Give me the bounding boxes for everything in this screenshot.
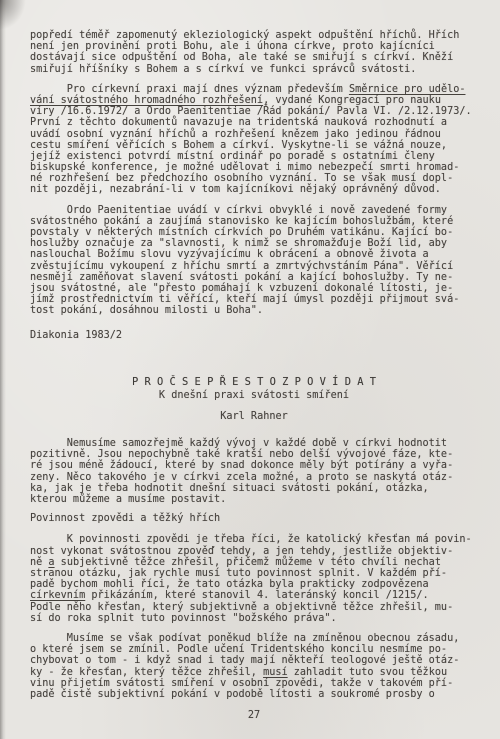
- text-line: Nemusíme samozřejmě každý vývoj v každé …: [30, 438, 478, 449]
- article-author: Karl Rahner: [30, 411, 478, 422]
- text-line: církevním přikázáním, které stanovil 4. …: [30, 590, 478, 601]
- text-line: ně a subjektivně těžce zhřešil, přičemž …: [30, 557, 478, 568]
- text-line: padě čistě subjektivní pokání v podobě l…: [30, 689, 478, 700]
- text-line: sí do roka splnit tuto povinnost "božské…: [30, 613, 478, 624]
- page-content: popředí téměř zapomenutý ekleziologický …: [0, 0, 500, 721]
- text-line: ka, jak je třeba hodnotit dnešní situaci…: [30, 483, 478, 494]
- text-line: První z těchto dokumentů navazuje na tri…: [30, 117, 478, 128]
- paragraph-tridentine-teaching: Musíme se však podívat poněkud blíže na …: [30, 633, 478, 700]
- text-line: vání svátostného hromadného rozhřešení, …: [30, 95, 478, 106]
- paragraph-duty-of-confession: K povinnosti zpovědi je třeba říci, že k…: [30, 534, 478, 624]
- text-line: nesmějí zaměňovat slavení svátosti pokán…: [30, 272, 478, 283]
- text-line: hoslužby označuje za "slavnosti, k nimž …: [30, 238, 478, 249]
- page-number: 27: [30, 710, 478, 721]
- text-line: chybovat o tom - i když snad i tady mají…: [30, 655, 478, 666]
- text-line: kterou můžeme a musíme postavit.: [30, 494, 478, 505]
- text-line: padě bychom mohli říci, že tato otázka b…: [30, 579, 478, 590]
- text-line: cestu smíření věřících s Bohem a církví.…: [30, 140, 478, 151]
- text-line: pozitivně. Jsou nepochybně také kratší n…: [30, 449, 478, 460]
- text-line: Musíme se však podívat poněkud blíže na …: [30, 633, 478, 644]
- text-line: o které jsem se zmínil. Podle učení Trid…: [30, 644, 478, 655]
- text-line: smiřují hříšníky s Bohem a s církví ve f…: [30, 64, 478, 75]
- text-line: zeny. Něco takového je v církvi zcela mo…: [30, 472, 478, 483]
- text-line: Ordo Paenitentiae uvádí v církvi obvyklé…: [30, 205, 478, 216]
- section-heading: Povinnost zpovědi a těžký hřích: [30, 513, 478, 524]
- text-line: není jen provinění proti Bohu, ale i úho…: [30, 41, 478, 52]
- text-line: né rozhřešení bez předchozího osobního v…: [30, 173, 478, 184]
- text-line: jejíž existenci potvrdí místní ordinář p…: [30, 151, 478, 162]
- text-line: stranou otázku, jak rychle musí tuto pov…: [30, 568, 478, 579]
- text-line: povstaly v některých místních církvích p…: [30, 227, 478, 238]
- text-line: popředí téměř zapomenutý ekleziologický …: [30, 30, 478, 41]
- text-line: K povinnosti zpovědi je třeba říci, že k…: [30, 534, 478, 545]
- text-line: nost vykonat svátostnou zpověď tehdy, a …: [30, 546, 478, 557]
- text-line: zvěstujícímu vykoupení z hříchu smrtí a …: [30, 261, 478, 272]
- paragraph-continued-from-previous-page: popředí téměř zapomenutý ekleziologický …: [30, 30, 478, 75]
- text-line: ré jsou méně žádoucí, které by snad doko…: [30, 460, 478, 471]
- text-line: vinu přijetím svátosti smíření v osobní …: [30, 678, 478, 689]
- article-subtitle: K dnešní praxi svátosti smíření: [30, 390, 478, 401]
- text-line: Podle něho křesťan, který subjektivně a …: [30, 602, 478, 613]
- source-citation: Diakonia 1983/2: [30, 330, 478, 341]
- text-line: uvádí osobní vyznání hříchů a rozhřešení…: [30, 129, 478, 140]
- text-line: nit později, nezabrání-li v tom kajícník…: [30, 184, 478, 195]
- article-title: P R O Č S E P Ř E S T O Z P O V Í D A T: [30, 376, 478, 388]
- text-line: jímž prostřednictvím ti věřící, kteří ma…: [30, 294, 478, 305]
- paragraph-church-directives: Pro církevní praxi mají dnes význam před…: [30, 84, 478, 196]
- text-line: biskupské konference, je možné udělovat …: [30, 162, 478, 173]
- text-line: Pro církevní praxi mají dnes význam před…: [30, 84, 478, 95]
- text-line: dostávají sice odpuštění od Boha, ale ta…: [30, 52, 478, 63]
- text-line: naslouchal Božímu slovu vyzývajícímu k o…: [30, 249, 478, 260]
- paragraph-ordo-paenitentiae: Ordo Paenitentiae uvádí v církvi obvyklé…: [30, 205, 478, 317]
- text-line: víry /16.6.1972/ a Ordo Paenitentiae /Řá…: [30, 106, 478, 117]
- text-line: tost pokání, dosáhnou milosti u Boha".: [30, 305, 478, 316]
- text-line: svátostného pokání a zaujímá stanovisko …: [30, 216, 478, 227]
- paragraph-introduction: Nemusíme samozřejmě každý vývoj v každé …: [30, 438, 478, 505]
- scanned-document-page: popředí téměř zapomenutý ekleziologický …: [0, 0, 500, 739]
- text-line: jsou svátostné, ale "přesto pomáhají k v…: [30, 283, 478, 294]
- text-line: ky - že křesťan, který těžce zhřešil, mu…: [30, 667, 478, 678]
